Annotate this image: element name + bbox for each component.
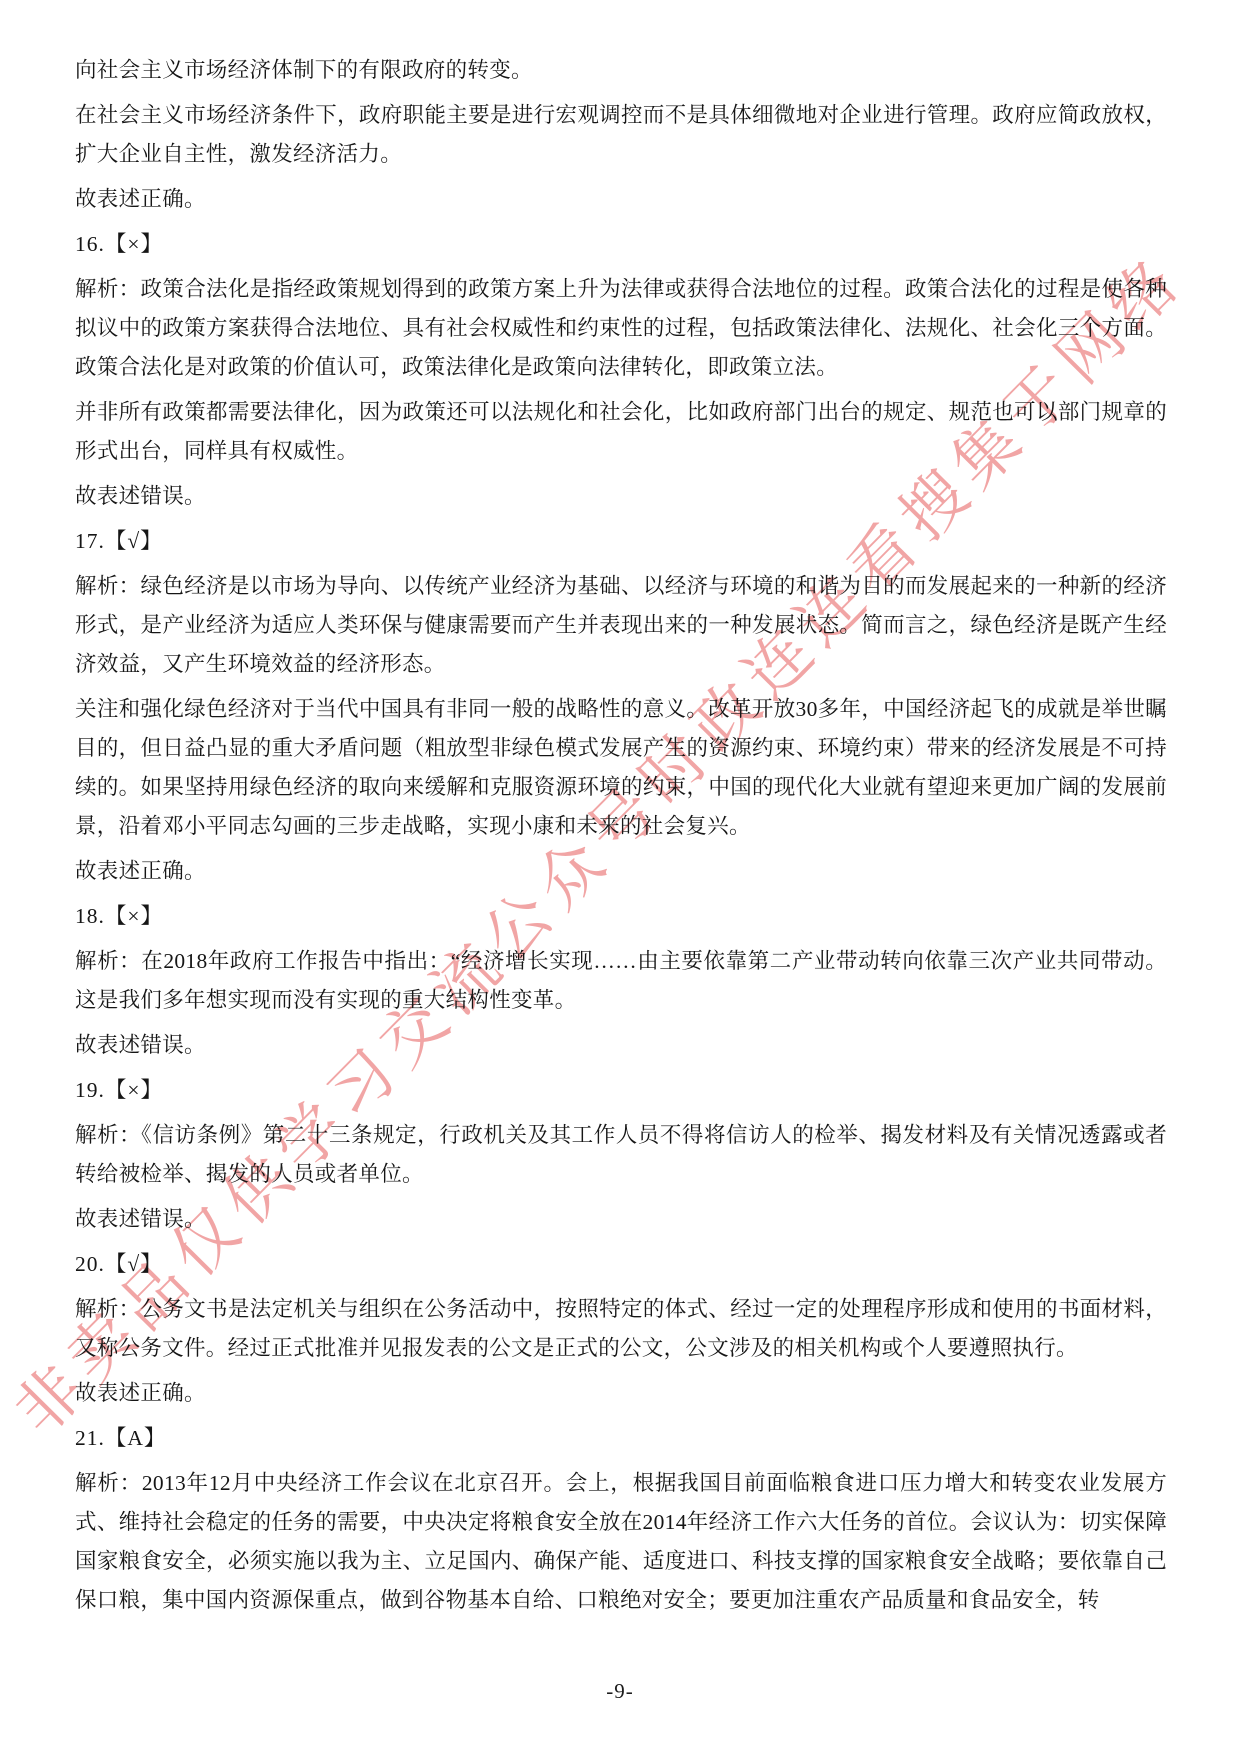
paragraph: 解析：政策合法化是指经政策规划得到的政策方案上升为法律或获得合法地位的过程。政策… <box>75 270 1167 387</box>
answer-item-header: 18.【×】 <box>75 897 1167 936</box>
paragraph: 并非所有政策都需要法律化，因为政策还可以法规化和社会化，比如政府部门出台的规定、… <box>75 393 1167 471</box>
verdict-line: 故表述正确。 <box>75 1374 1167 1413</box>
document-body: 向社会主义市场经济体制下的有限政府的转变。在社会主义市场经济条件下，政府职能主要… <box>75 51 1167 1626</box>
paragraph: 在社会主义市场经济条件下，政府职能主要是进行宏观调控而不是具体细微地对企业进行管… <box>75 96 1167 174</box>
paragraph: 解析：《信访条例》第二十三条规定，行政机关及其工作人员不得将信访人的检举、揭发材… <box>75 1116 1167 1194</box>
verdict-line: 故表述正确。 <box>75 180 1167 219</box>
paragraph: 解析：2013年12月中央经济工作会议在北京召开。会上，根据我国目前面临粮食进口… <box>75 1464 1167 1620</box>
paragraph: 解析：公务文书是法定机关与组织在公务活动中，按照特定的体式、经过一定的处理程序形… <box>75 1290 1167 1368</box>
answer-item-header: 21.【A】 <box>75 1419 1167 1458</box>
verdict-line: 故表述错误。 <box>75 1200 1167 1239</box>
paragraph: 向社会主义市场经济体制下的有限政府的转变。 <box>75 51 1167 90</box>
paragraph: 解析：在2018年政府工作报告中指出：“经济增长实现……由主要依靠第二产业带动转… <box>75 942 1167 1020</box>
verdict-line: 故表述错误。 <box>75 477 1167 516</box>
answer-item-header: 20.【√】 <box>75 1245 1167 1284</box>
verdict-line: 故表述正确。 <box>75 852 1167 891</box>
document-page: 非卖品仅供学习交流公众号时政连连看搜集于网络 向社会主义市场经济体制下的有限政府… <box>0 0 1240 1754</box>
paragraph: 解析：绿色经济是以市场为导向、以传统产业经济为基础、以经济与环境的和谐为目的而发… <box>75 567 1167 684</box>
page-number: -9- <box>0 1679 1240 1704</box>
answer-item-header: 19.【×】 <box>75 1071 1167 1110</box>
answer-item-header: 17.【√】 <box>75 522 1167 561</box>
paragraph: 关注和强化绿色经济对于当代中国具有非同一般的战略性的意义。改革开放30多年，中国… <box>75 690 1167 846</box>
verdict-line: 故表述错误。 <box>75 1026 1167 1065</box>
answer-item-header: 16.【×】 <box>75 225 1167 264</box>
